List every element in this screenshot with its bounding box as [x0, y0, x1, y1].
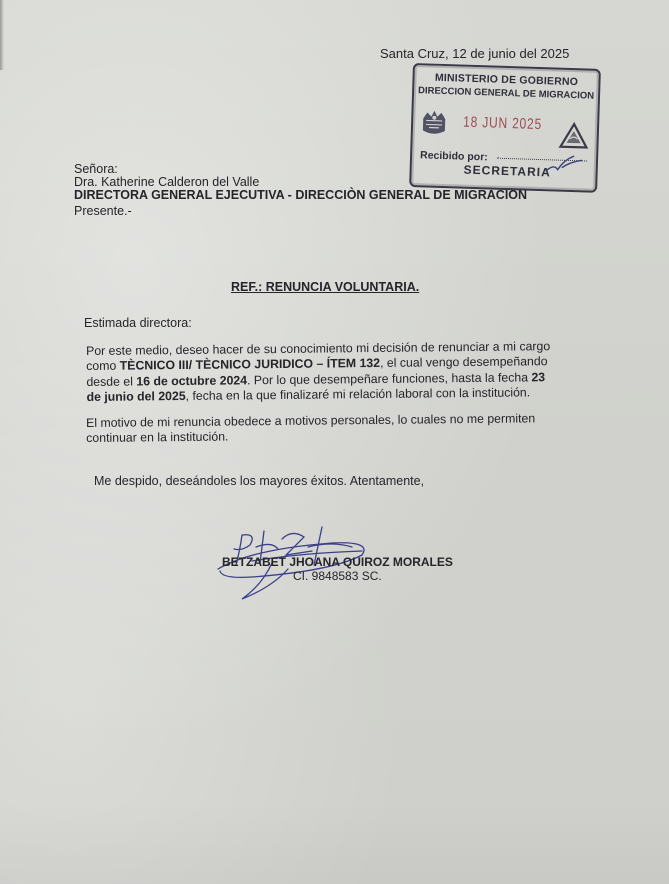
letter-closing: Me despido, deseándoles los mayores éxit…	[94, 474, 424, 489]
coat-of-arms-icon	[419, 108, 450, 137]
recipient-title: DIRECTORA GENERAL EJECUTIVA - DIRECCIÒN …	[74, 188, 527, 203]
stamp-received-label: Recibido por:	[420, 149, 488, 163]
signer-name: BETZABET JHOANA QUIROZ MORALES	[222, 555, 453, 570]
text-fragment: , el cual vengo desempeñando	[380, 354, 548, 370]
paragraph-resignation: Por este medio, deseo hacer de su conoci…	[86, 339, 577, 405]
migration-triangle-icon	[558, 121, 589, 152]
signer-id: CI. 9848583 SC.	[293, 569, 382, 584]
document-page: Santa Cruz, 12 de junio del 2025 MINISTE…	[0, 0, 669, 884]
end-date: de junio del 2025	[86, 389, 185, 404]
text-fragment: . Por lo que desempeñare funciones, hast…	[247, 370, 532, 387]
stamp-date: 18 JUN 2025	[463, 114, 542, 133]
text-fragment: como	[86, 359, 120, 373]
letter-reference: REF.: RENUNCIA VOLUNTARIA.	[231, 280, 419, 295]
stamp-received-by: SECRETARIA	[463, 163, 551, 180]
text-fragment: , fecha en la que finalizaré mi relación…	[186, 385, 531, 403]
start-date: 16 de octubre 2024	[136, 373, 247, 388]
paper-shadow	[0, 800, 669, 884]
reception-stamp: MINISTERIO DE GOBIERNO DIRECCION GENERAL…	[409, 63, 601, 193]
stamp-initial-mark	[544, 151, 585, 176]
letter-greeting: Estimada directora:	[84, 316, 192, 331]
position-title: TÈCNICO III/ TÈCNICO JURIDICO – ÍTEM 132	[120, 356, 380, 373]
letter-date: Santa Cruz, 12 de junio del 2025	[380, 46, 569, 61]
text-fragment: desde el	[86, 374, 136, 389]
paragraph-reason: El motivo de mi renuncia obedece a motiv…	[86, 411, 576, 447]
recipient-presente: Presente.-	[74, 204, 132, 219]
end-date-day: 23	[531, 370, 545, 384]
